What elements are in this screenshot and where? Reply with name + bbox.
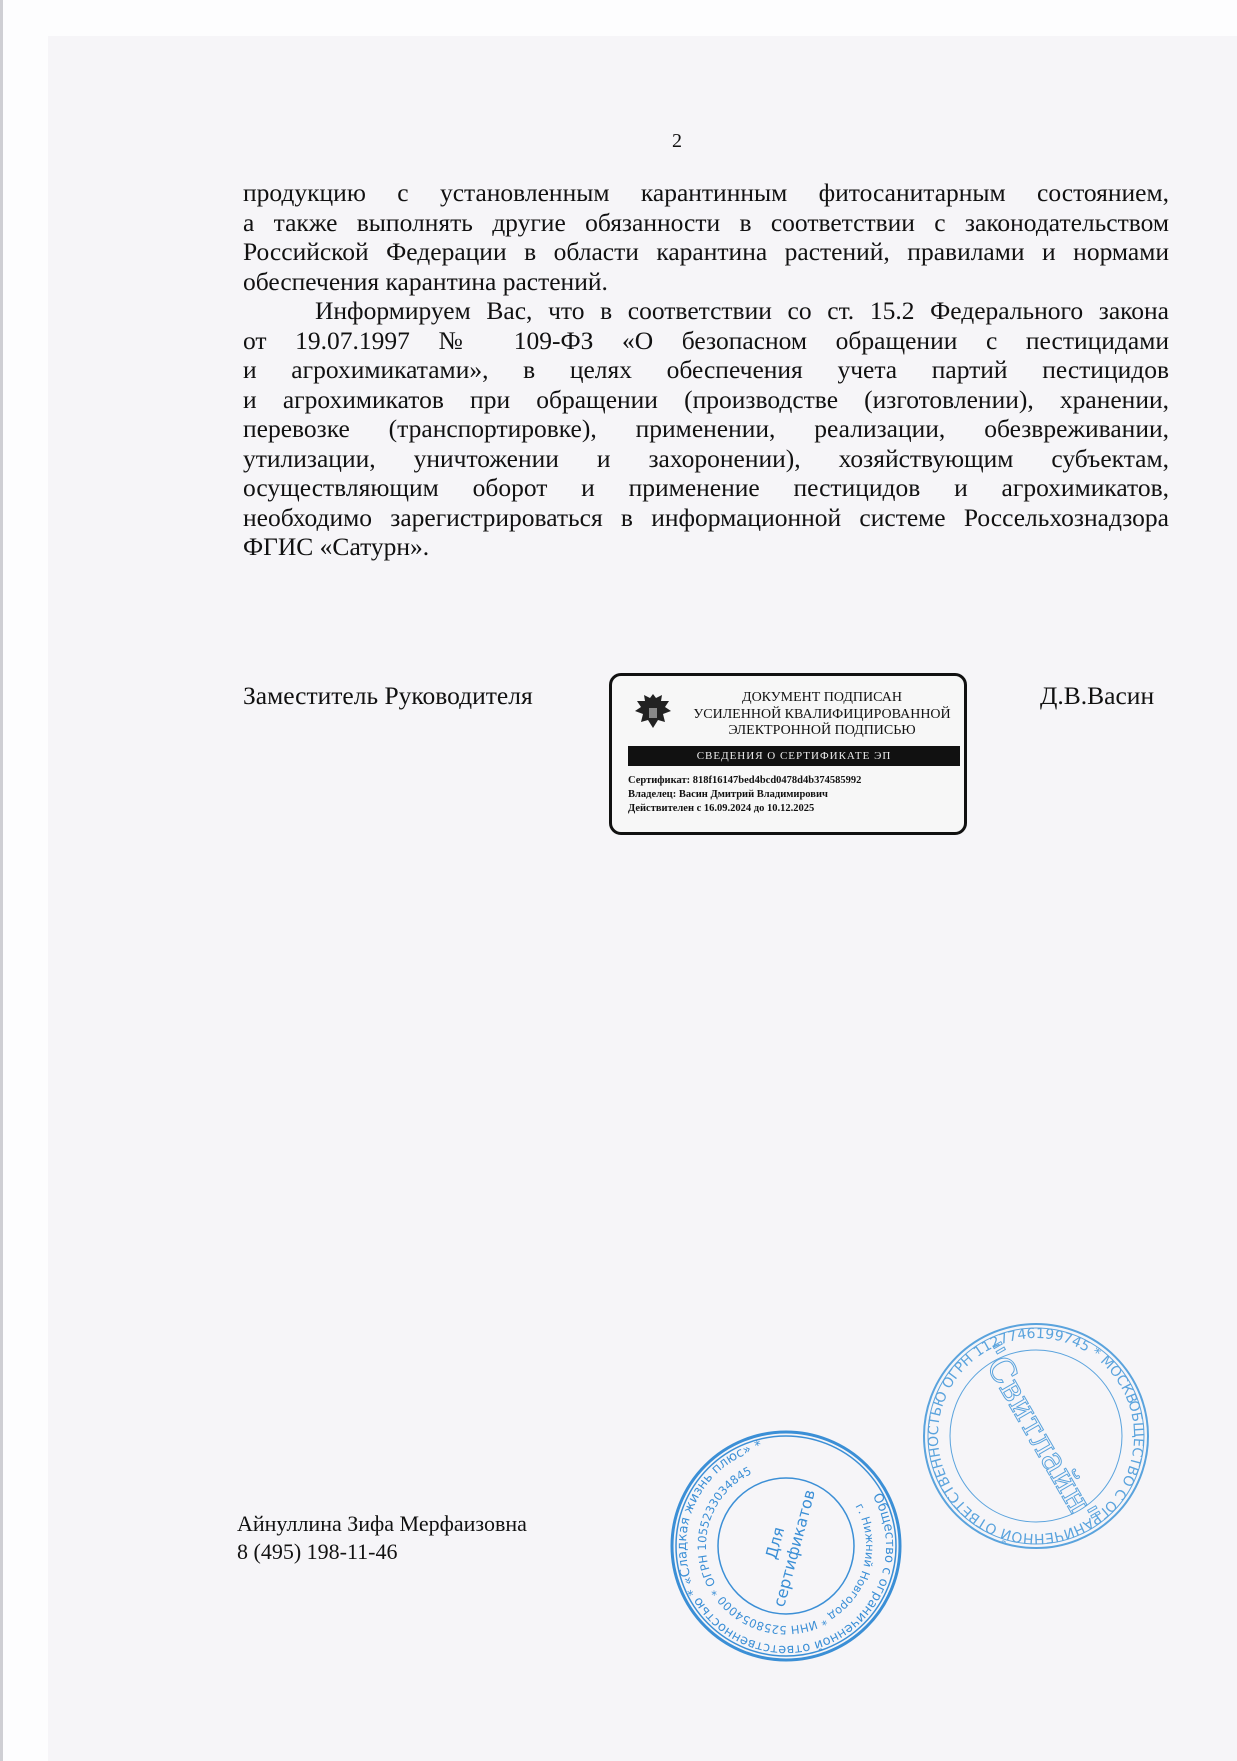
contact-block: Айнуллина Зифа Мерфаизовна 8 (495) 198-1… bbox=[237, 1510, 527, 1566]
certificate-id: Сертификат: 818f16147bed4bcd0478d4b37458… bbox=[628, 774, 861, 788]
heading-line: УСИЛЕННОЙ КВАЛИФИЦИРОВАННОЙ bbox=[682, 707, 962, 724]
text-line: Информируем Вас, что в соответствии со с… bbox=[243, 296, 1169, 326]
paragraph-2: Информируем Вас, что в соответствии со с… bbox=[243, 296, 1169, 562]
text-line: от 19.07.1997 № 109-ФЗ «О безопасном обр… bbox=[243, 326, 1169, 356]
text-line: утилизации, уничтожении и захоронении), … bbox=[243, 444, 1169, 474]
signatory-name: Д.В.Васин bbox=[1040, 681, 1154, 711]
text-line: Российской Федерации в области карантина… bbox=[243, 237, 1169, 267]
company-seal-svitlain: ОБЩЕСТВО С ОГРАНИЧЕННОЙ ОТВЕТСТВЕННОСТЬЮ… bbox=[918, 1318, 1154, 1554]
text-line: и агрохимикатами», в целях обеспечения у… bbox=[243, 355, 1169, 385]
signatory-position: Заместитель Руководителя bbox=[243, 681, 533, 711]
russian-coat-of-arms-icon bbox=[630, 690, 676, 736]
certificate-owner: Владелец: Васин Дмитрий Владимирович bbox=[628, 788, 861, 802]
page-number: 2 bbox=[672, 130, 682, 153]
text-line: продукцию с установленным карантинным фи… bbox=[243, 178, 1169, 208]
text-line: ФГИС «Сатурн». bbox=[243, 532, 1169, 562]
certificate-validity: Действителен с 16.09.2024 до 10.12.2025 bbox=[628, 802, 861, 816]
text-line: перевозке (транспортировке), применении,… bbox=[243, 414, 1169, 444]
contact-phone: 8 (495) 198-11-46 bbox=[237, 1538, 527, 1566]
text-line: обеспечения карантина растений. bbox=[243, 267, 1169, 297]
heading-line: ЭЛЕКТРОННОЙ ПОДПИСЬЮ bbox=[682, 723, 962, 740]
certificate-info: Сертификат: 818f16147bed4bcd0478d4b37458… bbox=[628, 774, 861, 816]
electronic-signature-stamp: ДОКУМЕНТ ПОДПИСАН УСИЛЕННОЙ КВАЛИФИЦИРОВ… bbox=[609, 673, 967, 835]
letter-body: продукцию с установленным карантинным фи… bbox=[243, 178, 1169, 562]
paragraph-1: продукцию с установленным карантинным фи… bbox=[243, 178, 1169, 296]
text-line: и агрохимикатов при обращении (производс… bbox=[243, 385, 1169, 415]
text-line: необходимо зарегистрироваться в информац… bbox=[243, 503, 1169, 533]
text-line: осуществляющим оборот и применение пести… bbox=[243, 473, 1169, 503]
text-line: а также выполнять другие обязанности в с… bbox=[243, 208, 1169, 238]
svg-text:"Свитлайн": "Свитлайн" bbox=[970, 1336, 1107, 1534]
signature-heading: ДОКУМЕНТ ПОДПИСАН УСИЛЕННОЙ КВАЛИФИЦИРОВ… bbox=[682, 690, 962, 740]
heading-line: ДОКУМЕНТ ПОДПИСАН bbox=[682, 690, 962, 707]
contact-name: Айнуллина Зифа Мерфаизовна bbox=[237, 1510, 527, 1538]
scan-left-edge bbox=[0, 0, 3, 1761]
company-seal-sladkaya-zhizn: Общество с ограниченной ответственностью… bbox=[668, 1428, 904, 1664]
certificate-info-bar: СВЕДЕНИЯ О СЕРТИФИКАТЕ ЭП bbox=[628, 746, 960, 766]
